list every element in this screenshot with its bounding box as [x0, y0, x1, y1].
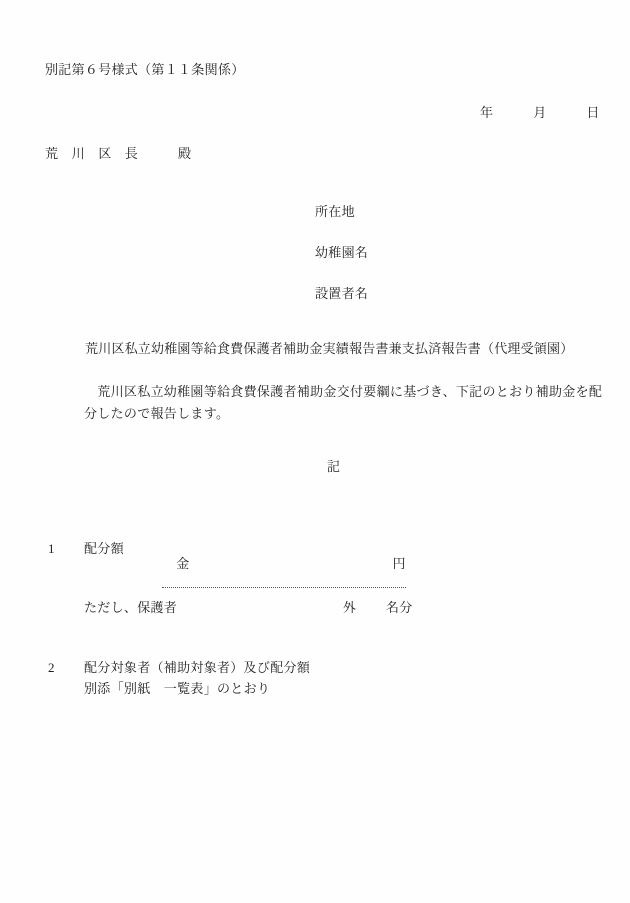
founder-name-field-label: 設置者名 — [315, 286, 368, 301]
amount-prefix-kin: 金 — [176, 556, 189, 571]
note-counter: 外 — [343, 600, 356, 615]
record-marker: 記 — [327, 459, 340, 474]
note-prefix: ただし、保護者 — [84, 600, 177, 615]
item-2-number: 2 — [48, 660, 55, 675]
body-paragraph-line-2: 分したので報告します。 — [84, 406, 229, 421]
form-number: 別記第６号様式（第１１条関係） — [45, 62, 245, 77]
date-line: 年 月 日 — [480, 105, 600, 120]
amount-dotted-blank — [190, 567, 393, 568]
item-1-label: 配分額 — [84, 541, 124, 556]
document-page: 別記第６号様式（第１１条関係） 年 月 日 荒 川 区 長 殿 所在地 幼稚園名… — [0, 0, 630, 903]
body-paragraph-line-1: 荒川区私立幼稚園等給食費保護者補助金交付要綱に基づき、下記のとおり補助金を配 — [84, 384, 602, 399]
amount-entry-line: 金円 — [162, 541, 406, 588]
amount-suffix-yen: 円 — [393, 556, 406, 571]
document-title: 荒川区私立幼稚園等給食費保護者補助金実績報告書兼支払済報告書（代理受領園） — [85, 341, 573, 356]
item-2-line-2: 別添「別紙 一覧表」のとおり — [84, 681, 270, 696]
item-1-number: 1 — [48, 541, 55, 556]
address-field-label: 所在地 — [315, 204, 355, 219]
note-suffix: 名分 — [386, 600, 413, 615]
kindergarten-name-field-label: 幼稚園名 — [315, 245, 368, 260]
addressee-line: 荒 川 区 長 殿 — [45, 146, 191, 161]
item-2-line-1: 配分対象者（補助対象者）及び配分額 — [84, 660, 310, 675]
